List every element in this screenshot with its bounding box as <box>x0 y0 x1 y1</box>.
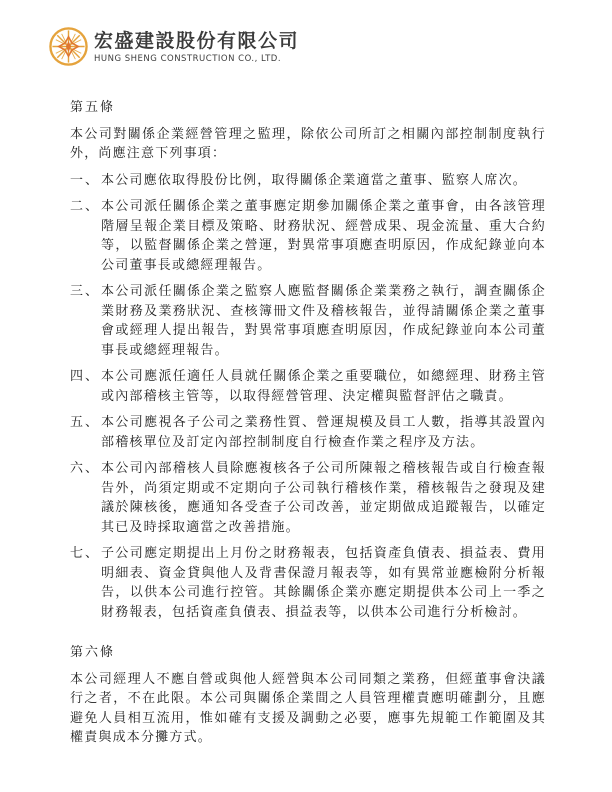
list-item-2-text: 本公司派任關係企業之董事應定期參加關係企業之董事會，由各該管理階層呈報企業目標及… <box>101 199 546 273</box>
company-names: 宏盛建設股份有限公司 HUNG SHENG CONSTRUCTION CO., … <box>94 30 299 64</box>
list-item-5: 五、 本公司應視各子公司之業務性質、營運規模及員工人數，指導其設置內部稽核單位及… <box>70 413 546 452</box>
company-logo-icon <box>48 26 89 67</box>
list-item-3: 三、 本公司派任關係企業之監察人應監督關係企業業務之執行，調查關係企業財務及業務… <box>70 282 546 360</box>
company-name-zh: 宏盛建設股份有限公司 <box>94 30 299 52</box>
document-page: 宏盛建設股份有限公司 HUNG SHENG CONSTRUCTION CO., … <box>0 0 612 792</box>
list-item-1-text: 本公司應依取得股份比例，取得關係企業適當之董事、監察人席次。 <box>101 173 527 188</box>
document-body: 第五條 本公司對關係企業經營管理之監理，除依公司所訂之相關內部控制制度執行外，尚… <box>70 98 546 748</box>
list-item-2-marker: 二、 <box>70 197 100 217</box>
article-6-heading: 第六條 <box>70 643 546 663</box>
list-item-6: 六、 本公司內部稽核人員除應複核各子公司所陳報之稽核報告或自行檢查報告外，尚須定… <box>70 459 546 537</box>
list-item-4-text: 本公司應派任適任人員就任關係企業之重要職位，如總經理、財務主管或內部稽核主管等，… <box>101 369 546 404</box>
list-item-7-marker: 七、 <box>70 544 100 564</box>
article-6-body: 本公司經理人不應自營或與他人經營與本公司同類之業務，但經董事會決議行之者，不在此… <box>70 670 546 748</box>
list-item-6-text: 本公司內部稽核人員除應複核各子公司所陳報之稽核報告或自行檢查報告外，尚須定期或不… <box>101 461 546 535</box>
list-item-3-text: 本公司派任關係企業之監察人應監督關係企業業務之執行，調查關係企業財務及業務狀況、… <box>101 284 546 358</box>
article-5-intro: 本公司對關係企業經營管理之監理，除依公司所訂之相關內部控制制度執行外，尚應注意下… <box>70 125 546 164</box>
list-item-4-marker: 四、 <box>70 367 100 387</box>
list-item-4: 四、 本公司應派任適任人員就任關係企業之重要職位，如總經理、財務主管或內部稽核主… <box>70 367 546 406</box>
article-5: 第五條 本公司對關係企業經營管理之監理，除依公司所訂之相關內部控制制度執行外，尚… <box>70 98 546 622</box>
company-name-en: HUNG SHENG CONSTRUCTION CO., LTD. <box>94 54 299 64</box>
list-item-7-text: 子公司應定期提出上月份之財務報表，包括資產負債表、損益表、費用明細表、資金貸與他… <box>101 546 546 620</box>
list-item-5-marker: 五、 <box>70 413 100 433</box>
list-item-6-marker: 六、 <box>70 459 100 479</box>
letterhead: 宏盛建設股份有限公司 HUNG SHENG CONSTRUCTION CO., … <box>48 26 546 67</box>
list-item-5-text: 本公司應視各子公司之業務性質、營運規模及員工人數，指導其設置內部稽核單位及訂定內… <box>101 415 546 450</box>
list-item-1-marker: 一、 <box>70 171 100 191</box>
list-item-2: 二、 本公司派任關係企業之董事應定期參加關係企業之董事會，由各該管理階層呈報企業… <box>70 197 546 275</box>
list-item-7: 七、 子公司應定期提出上月份之財務報表，包括資產負債表、損益表、費用明細表、資金… <box>70 544 546 622</box>
list-item-1: 一、 本公司應依取得股份比例，取得關係企業適當之董事、監察人席次。 <box>70 171 546 191</box>
article-5-heading: 第五條 <box>70 98 546 118</box>
article-6: 第六條 本公司經理人不應自營或與他人經營與本公司同類之業務，但經董事會決議行之者… <box>70 643 546 748</box>
list-item-3-marker: 三、 <box>70 282 100 302</box>
